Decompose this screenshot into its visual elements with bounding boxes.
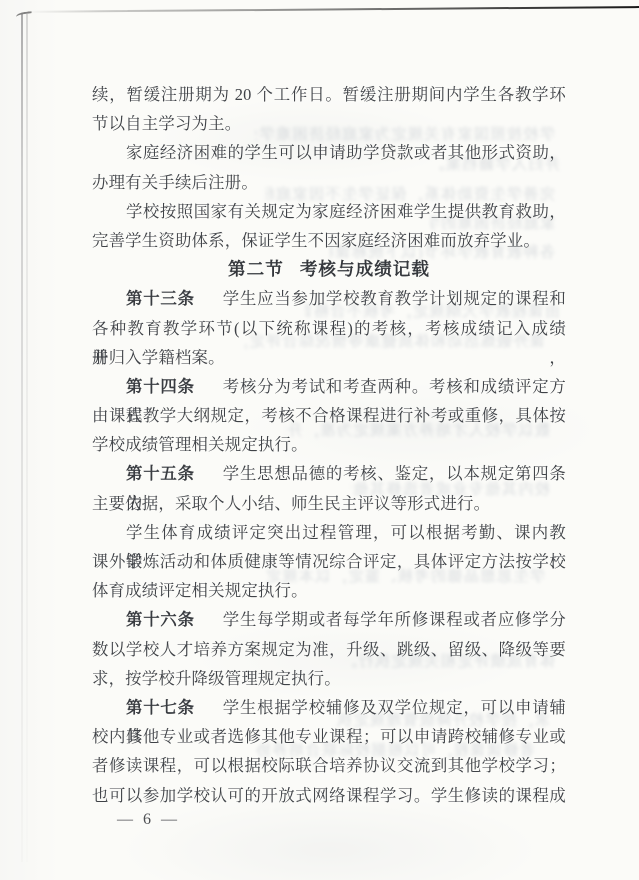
line-text: 并归入学籍档案。 bbox=[92, 348, 225, 367]
article-number-label: 第十六条 bbox=[126, 610, 195, 629]
section-heading: 第二节考核与成绩记载 bbox=[92, 255, 566, 284]
text-line: 课外锻炼活动和体质健康等情况综合评定，具体评定方法按学校 bbox=[92, 547, 566, 576]
line-text: 学生应当参加学校教育教学计划规定的课程和 bbox=[223, 289, 566, 308]
text-line: 校内其他专业或者选修其他专业课程；可以申请跨校辅修专业或 bbox=[92, 722, 566, 751]
line-text: 校内其他专业或者选修其他专业课程；可以申请跨校辅修专业或 bbox=[92, 727, 566, 746]
line-text: 主要依据，采取个人小结、师生民主评议等形式进行。 bbox=[92, 494, 490, 513]
text-line: 第十七条学生根据学校辅修及双学位规定，可以申请辅修 bbox=[92, 693, 566, 722]
line-text: 者修读课程，可以根据校际联合培养协议交流到其他学校学习； bbox=[92, 756, 566, 775]
text-line: 体育成绩评定相关规定执行。 bbox=[92, 576, 566, 605]
text-line: 完善学生资助体系，保证学生不因家庭经济困难而放弃学业。 bbox=[92, 226, 566, 255]
text-line: 第十四条考核分为考试和考查两种。考核和成绩评定方式 bbox=[92, 372, 566, 401]
scanned-page: 学校按照国家有关规定为家庭经济困难学生提供教育救助，并归入学籍档案。完善学生资助… bbox=[0, 0, 639, 880]
line-text: 续，暂缓注册期为 20 个工作日。暂缓注册期间内学生各教学环 bbox=[92, 85, 566, 104]
text-line: 续，暂缓注册期为 20 个工作日。暂缓注册期间内学生各教学环 bbox=[92, 80, 566, 109]
article-number-label: 第十四条 bbox=[126, 377, 195, 396]
line-text: 课外锻炼活动和体质健康等情况综合评定，具体评定方法按学校 bbox=[92, 552, 566, 571]
line-text: 学校按照国家有关规定为家庭经济困难学生提供教育救助， bbox=[126, 202, 566, 221]
line-text: 也可以参加学校认可的开放式网络课程学习。学生修读的课程成 bbox=[92, 786, 566, 805]
line-text: 办理有关手续后注册。 bbox=[92, 173, 258, 192]
scan-top-edge-artifact bbox=[26, 6, 639, 13]
text-line: 由课程教学大纲规定，考核不合格课程进行补考或重修，具体按 bbox=[92, 401, 566, 430]
article-number-label: 第十五条 bbox=[126, 464, 195, 483]
text-line: 学生体育成绩评定突出过程管理，可以根据考勤、课内教学、 bbox=[92, 518, 566, 547]
line-text: 完善学生资助体系，保证学生不因家庭经济困难而放弃学业。 bbox=[92, 231, 540, 250]
scan-corner-artifact bbox=[16, 11, 33, 20]
text-line: 学校成绩管理相关规定执行。 bbox=[92, 430, 566, 459]
text-line: 数以学校人才培养方案规定为准，升级、跳级、留级、降级等要 bbox=[92, 635, 566, 664]
section-number-label: 第二节 bbox=[228, 259, 284, 279]
text-line: 办理有关手续后注册。 bbox=[92, 168, 566, 197]
text-line: 也可以参加学校认可的开放式网络课程学习。学生修读的课程成 bbox=[92, 781, 566, 810]
text-line: 第十三条学生应当参加学校教育教学计划规定的课程和 bbox=[92, 284, 566, 313]
line-text: 由课程教学大纲规定，考核不合格课程进行补考或重修，具体按 bbox=[92, 406, 566, 425]
text-line: 家庭经济困难的学生可以申请助学贷款或者其他形式资助， bbox=[92, 138, 566, 167]
line-text: 学校成绩管理相关规定执行。 bbox=[92, 435, 308, 454]
page-number: — 6 — bbox=[117, 811, 180, 829]
left-fold-line-artifact bbox=[21, 14, 23, 862]
text-line: 者修读课程，可以根据校际联合培养协议交流到其他学校学习； bbox=[92, 751, 566, 780]
line-text: 求，按学校升降级管理规定执行。 bbox=[92, 669, 341, 688]
line-text: 学生每学期或者每学年所修课程或者应修学分 bbox=[223, 610, 566, 629]
line-text: 数以学校人才培养方案规定为准，升级、跳级、留级、降级等要 bbox=[92, 640, 566, 659]
line-text: 考核与成绩记载 bbox=[300, 259, 430, 279]
left-fold-line-artifact bbox=[26, 14, 28, 862]
text-line: 主要依据，采取个人小结、师生民主评议等形式进行。 bbox=[92, 489, 566, 518]
document-body: 续，暂缓注册期为 20 个工作日。暂缓注册期间内学生各教学环节以自主学习为主。家… bbox=[92, 80, 566, 810]
text-line: 学校按照国家有关规定为家庭经济困难学生提供教育救助， bbox=[92, 197, 566, 226]
line-text: 体育成绩评定相关规定执行。 bbox=[92, 581, 308, 600]
line-text: 节以自主学习为主。 bbox=[92, 114, 241, 133]
text-line: 第十五条学生思想品德的考核、鉴定，以本规定第四条为 bbox=[92, 459, 566, 488]
text-line: 第十六条学生每学期或者每学年所修课程或者应修学分 bbox=[92, 605, 566, 634]
line-text: 家庭经济困难的学生可以申请助学贷款或者其他形式资助， bbox=[126, 143, 566, 162]
text-line: 各种教育教学环节(以下统称课程)的考核，考核成绩记入成绩册， bbox=[92, 314, 566, 343]
text-line: 求，按学校升降级管理规定执行。 bbox=[92, 664, 566, 693]
article-number-label: 第十七条 bbox=[126, 698, 195, 717]
article-number-label: 第十三条 bbox=[126, 289, 195, 308]
text-line: 节以自主学习为主。 bbox=[92, 109, 566, 138]
